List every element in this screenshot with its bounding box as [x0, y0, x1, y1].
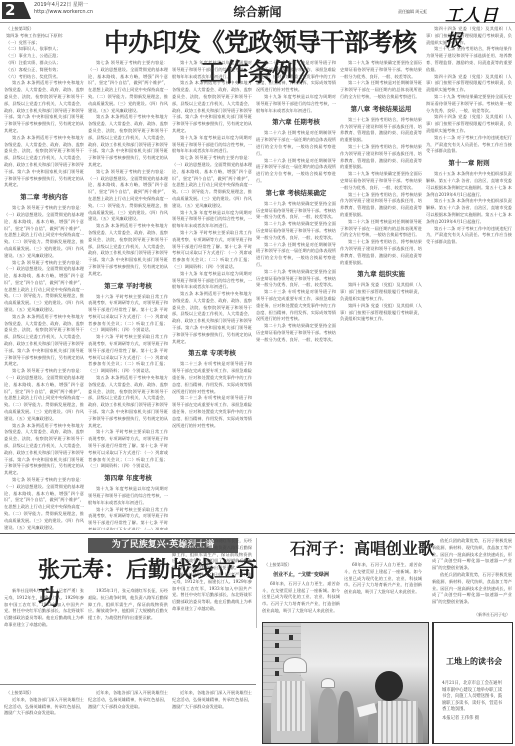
paragraph: 第四十四条 党委（党组）及其组织（人事）部门按照干部管理权限履行考核职责，负责组…	[426, 74, 512, 94]
paragraph: 第十六条 平时考核主要采取日常工作表现考察、专项调研等方式，对领导班子和领导干部…	[88, 334, 168, 375]
lower-column-2: 近年来，各地各部门深入开展英雄烈士纪念活动，弘扬英雄精神，传承红色基因，激励广大…	[88, 690, 168, 744]
helmet-icon	[321, 678, 335, 688]
lead-column-1: （上接第1版） 第四条 考核工作坚持以下原则： （一）党管干部； （二）知事识人…	[4, 26, 84, 531]
feature-column-2: 1935年1月，张元寿随红军长征，历经艰险。抗日战争时期，他负责八路军后勤保障工…	[88, 588, 168, 643]
worker-figure	[338, 691, 354, 743]
paragraph: 第二十六条 任期考核是对任期制领导班子和领导干部在一届任期内的总体表现所进行的全…	[340, 80, 422, 100]
caption-body: 4月21日，北京市总工会在通州城市副中心建设工地举办职工读书会，向施工人员赠送图…	[442, 681, 502, 712]
paragraph: 第四十四条 党委（党组）及其组织（人事）部门按照干部管理权限履行考核职责，负责组…	[340, 282, 422, 302]
shihezi-column-1: （上接第1版） 创业不止，“戈壁”变绿洲 60年来，石河子人自力更生、艰苦奋斗，…	[262, 562, 340, 618]
paragraph: 第三十七条 坚持考用结合，将考核结果作为领导班子建设和领导干部选拔任用、培养教育…	[340, 239, 422, 266]
paragraph: 第二十九条 考核结果确定要坚持全面历史辩证看待领导班子和领导干部。考核结果一般分…	[256, 269, 336, 289]
paragraph: 第二十九条 考核结果确定要坚持全面历史辩证看待领导班子和领导干部。考核结果一般分…	[256, 221, 336, 241]
paragraph: 近年来，各地各部门深入开展英雄烈士纪念活动，弘扬英雄精神，传承红色基因，激励广大…	[88, 690, 168, 710]
paragraph: 第五十二条 对于考核工作中的违规违纪行为，严肃追究有关人员责任。考核工作应当接受…	[426, 135, 512, 155]
paragraph: 第二十九条 考核结果确定要坚持全面历史辩证看待领导班子和领导干部。考核结果一般分…	[256, 201, 336, 221]
lead-column-3: 第十九条 年度考核是以年度为周期对领导班子和领导干部进行的综合性考核，一般每年年…	[172, 60, 252, 530]
lower-divider	[0, 684, 256, 685]
continued-note: （上接第1版）	[4, 690, 84, 697]
paragraph: 第二十六条 任期考核是对任期制领导班子和领导干部在一届任期内的总体表现所进行的全…	[340, 219, 422, 239]
paragraph: 第十九条 年度考核是以年度为周期对领导班子和领导干部进行的综合性考核，一般每年年…	[172, 210, 252, 230]
paragraph: 第五十五条 本条例由中共中央组织部负责解释。第五十六条 各省、自治区、直辖市党委…	[426, 171, 512, 198]
paragraph: 第四十四条 党委（党组）及其组织（人事）部门按照干部管理权限履行考核职责，负责组…	[426, 26, 512, 46]
paragraph: 第二十九条 考核结果确定要坚持全面历史辩证看待领导班子和领导干部。考核结果一般分…	[340, 171, 422, 191]
lead-column-4: 第二十三条 专项考核是对领导班子和领导干部在完成重要专项工作、承担急难险重任务、…	[256, 60, 336, 530]
paragraph: 第十六条 平时考核主要采取日常工作表现考察、专项调研等方式，对领导班子和领导干部…	[172, 230, 252, 271]
paragraph: 第七条 领导班子考核的主要内容是：（一）政治思想建设。全面贯彻党的基本理论、基本…	[88, 169, 168, 223]
principle-line: 第四条 考核工作坚持以下原则：	[4, 33, 84, 40]
paragraph: 第二十三条 专项考核是对领导班子和领导干部在完成重要专项工作、承担急难险重任务、…	[172, 395, 252, 429]
dateline: 2019年4月22日 星期一 http://www.workercn.cn	[34, 2, 93, 16]
paragraph: 第五条 本条例适用于考核中央和地方各级党委、人大常委会、政府、政协、监察委员会、…	[4, 314, 84, 368]
paragraph: 新华社昆明4月21日电（记者严勇）张元寿，1912年生，福建长汀人。1929年参…	[4, 588, 84, 629]
vest	[378, 701, 418, 744]
paragraph: 第七条 领导班子考核的主要内容是：（一）政治思想建设。全面贯彻党的基本理论、基本…	[4, 205, 84, 259]
paragraph: 60年来，石河子人自力更生、艰苦奋斗，在戈壁荒原上建起了一座新城。如今这里已成为…	[344, 562, 422, 596]
paragraph: 第七条 领导班子考核的主要内容是：（一）政治思想建设。全面贯彻党的基本理论、基本…	[88, 60, 168, 114]
paragraph: 第十九条 年度考核是以年度为周期对领导班子和领导干部进行的综合性考核，一般每年年…	[172, 271, 252, 291]
helmet-icon	[283, 657, 307, 673]
paragraph: 第七条 领导班子考核的主要内容是：（一）政治思想建设。全面贯彻党的基本理论、基本…	[4, 260, 84, 314]
paragraph: 第十六条 平时考核主要采取日常工作表现考察、专项调研等方式，对领导班子和领导干部…	[88, 507, 168, 530]
paragraph: 第七条 领导班子考核的主要内容是：（一）政治思想建设。全面贯彻党的基本理论、基本…	[4, 368, 84, 422]
worker-figure	[318, 688, 338, 743]
principle-line: （四）注重实绩、群众公认；	[4, 60, 84, 67]
photo-caption-box: 工地上的读书会 4月21日，北京市总工会在通州城市副中心建设工地举办职工读书会，…	[432, 622, 513, 744]
paragraph: 第五十二条 对于考核工作中的违规违纪行为，严肃追究有关人员责任。考核工作应当接受…	[426, 226, 512, 246]
vest	[277, 681, 305, 731]
section-title: 综合新闻	[200, 3, 315, 20]
paragraph: 第五条 本条例适用于考核中央和地方各级党委、人大常委会、政府、政协、监察委员会、…	[88, 375, 168, 429]
lead-column-2: 第七条 领导班子考核的主要内容是：（一）政治思想建设。全面贯彻党的基本理论、基本…	[88, 60, 168, 530]
paragraph: 第四十四条 党委（党组）及其组织（人事）部门按照干部管理权限履行考核职责，负责组…	[426, 114, 512, 134]
date: 2019年4月22日 星期一	[34, 2, 93, 9]
section-divider	[0, 533, 515, 534]
shihezi-column-2: 60年来，石河子人自力更生、艰苦奋斗，在戈壁荒原上建起了一座新城。如今这里已成为…	[344, 562, 422, 618]
paragraph: 第七条 领导班子考核的主要内容是：（一）政治思想建设。全面贯彻党的基本理论、基本…	[172, 155, 252, 209]
website-link[interactable]: http://www.workercn.cn	[34, 9, 93, 16]
principle-line: （三）事业为上、公道正派；	[4, 53, 84, 60]
paragraph: 第五条 本条例适用于考核中央和地方各级党委、人大常委会、政府、政协、监察委员会、…	[4, 135, 84, 189]
paragraph: 第五条 本条例适用于考核中央和地方各级党委、人大常委会、政府、政协、监察委员会、…	[172, 80, 252, 134]
paragraph: 第十九条 年度考核是以年度为周期对领导班子和领导干部进行的综合性考核，一般每年年…	[172, 135, 252, 155]
lower-column-3: 近年来，各地各部门深入开展英雄烈士纪念活动，弘扬英雄精神，传承红色基因，激励广大…	[172, 690, 252, 744]
principle-line: （五）客观公正、简便有效；	[4, 67, 84, 74]
paragraph: 第二十六条 任期考核是对任期制领导班子和领导干部在一届任期内的总体表现所进行的全…	[256, 242, 336, 269]
editor-credit: 责任编辑 周元虹	[398, 9, 427, 15]
paragraph: 第五十五条 本条例由中共中央组织部负责解释。第五十六条 各省、自治区、直辖市党委…	[426, 198, 512, 225]
paragraph: 第三十七条 坚持考用结合，将考核结果作为领导班子建设和领导干部选拔任用、培养教育…	[340, 117, 422, 144]
chapter-heading: 第三章 平时考核	[88, 280, 168, 292]
paragraph: 第二十六条 任期考核是对任期制领导班子和领导干部在一届任期内的总体表现所进行的全…	[256, 158, 336, 185]
paragraph: 第四十四条 党委（党组）及其组织（人事）部门按照干部管理权限履行考核职责，负责组…	[340, 303, 422, 323]
chapter-heading: 第六章 任期考核	[256, 116, 336, 128]
shihezi-headline: 石河子：高唱创业歌	[290, 538, 434, 560]
paragraph: 依托兵团的政策优势，石河子积极发展新能源、新材料、现代纺织、食品加工等产业。园区…	[432, 572, 512, 606]
paragraph: 近年来，各地各部门深入开展英雄烈士纪念活动，弘扬英雄精神，传承红色基因，激励广大…	[172, 690, 252, 710]
continued-note: （上接第1版）	[262, 562, 340, 569]
paragraph: 1935年1月，张元寿随红军长征，历经艰险。抗日战争时期，他负责八路军后勤保障工…	[88, 588, 168, 622]
paragraph: 第三十七条 坚持考用结合，将考核结果作为领导班子建设和领导干部选拔任用、培养教育…	[426, 46, 512, 73]
paragraph: 第十九条 年度考核是以年度为周期对领导班子和领导干部进行的综合性考核，一般每年年…	[172, 60, 252, 80]
head	[375, 671, 403, 701]
paragraph: 第十九条 年度考核是以年度为周期对领导班子和领导干部进行的综合性考核，一般每年年…	[88, 486, 168, 506]
paragraph: 第五条 本条例适用于考核中央和地方各级党委、人大常委会、政府、政协、监察委员会、…	[88, 223, 168, 277]
paragraph: 第三十七条 坚持考用结合，将考核结果作为领导班子建设和领导干部选拔任用、培养教育…	[340, 192, 422, 219]
paragraph: 第二十六条 任期考核是对任期制领导班子和领导干部在一届任期内的总体表现所进行的全…	[256, 130, 336, 157]
feature-column-1: 新华社昆明4月21日电（记者严勇）张元寿，1912年生，福建长汀人。1929年参…	[4, 588, 84, 643]
paragraph: 第十六条 平时考核主要采取日常工作表现考察、专项调研等方式，对领导班子和领导干部…	[88, 294, 168, 335]
chapter-heading: 第八章 考核结果运用	[340, 103, 422, 115]
paragraph: 第二十九条 考核结果确定要坚持全面历史辩证看待领导班子和领导干部。考核结果一般分…	[426, 94, 512, 114]
caption-text: 4月21日，北京市总工会在通州城市副中心建设工地举办职工读书会，向施工人员赠送图…	[442, 681, 505, 722]
paragraph: 第十六条 平时考核主要采取日常工作表现考察、专项调研等方式，对领导班子和领导干部…	[88, 429, 168, 470]
chapter-heading: 第五章 专项考核	[172, 347, 252, 359]
paragraph: 近年来，各地各部门深入开展英雄烈士纪念活动，弘扬英雄精神，传承红色基因，激励广大…	[4, 697, 84, 717]
paragraph: 第十九条 年度考核是以年度为周期对领导班子和领导干部进行的综合性考核，一般每年年…	[256, 94, 336, 114]
subheading: 创业不止，“戈壁”变绿洲	[262, 571, 340, 579]
caption-title: 工地上的读书会	[440, 656, 508, 668]
lower-column-1: （上接第1版） 近年来，各地各部门深入开展英雄烈士纪念活动，弘扬英雄精神，传承红…	[4, 690, 84, 744]
paragraph: 第二十三条 专项考核是对领导班子和领导干部在完成重要专项工作、承担急难险重任务、…	[172, 361, 252, 395]
chapter-heading: 第四章 年度考核	[88, 472, 168, 484]
shihezi-credit: （新华社石河子电）	[440, 612, 510, 618]
lead-column-6: 第四十四条 党委（党组）及其组织（人事）部门按照干部管理权限履行考核职责，负责组…	[426, 26, 512, 531]
chapter-heading: 第十一章 附则	[426, 157, 512, 169]
lead-column-5: 第二十九条 考核结果确定要坚持全面历史辩证看待领导班子和领导干部。考核结果一般分…	[340, 60, 422, 530]
paragraph: 第二十三条 专项考核是对领导班子和领导干部在完成重要专项工作、承担急难险重任务、…	[256, 60, 336, 94]
paragraph: 第二十九条 考核结果确定要坚持全面历史辩证看待领导班子和领导干部。考核结果一般分…	[256, 323, 336, 343]
paragraph: 1935年1月，张元寿随红军长征，历经艰险。抗日战争时期，他负责八路军后勤保障工…	[172, 538, 252, 572]
paragraph: 60年来，石河子人自力更生、艰苦奋斗，在戈壁荒原上建起了一座新城。如今这里已成为…	[262, 581, 340, 615]
feature-column-3: 1935年1月，张元寿随红军长征，历经艰险。抗日战争时期，他负责八路军后勤保障工…	[172, 538, 252, 643]
paragraph: 第七条 领导班子考核的主要内容是：（一）政治思想建设。全面贯彻党的基本理论、基本…	[4, 477, 84, 531]
paragraph: 第五条 本条例适用于考核中央和地方各级党委、人大常委会、政府、政协、监察委员会、…	[4, 80, 84, 134]
chapter-heading: 第二章 考核内容	[4, 191, 84, 203]
photo-credit: 本报记者 王伟伟 摄	[442, 716, 505, 723]
paragraph: 第二十九条 考核结果确定要坚持全面历史辩证看待领导班子和领导干部。考核结果一般分…	[340, 60, 422, 80]
chapter-heading: 第九章 组织实施	[340, 268, 422, 280]
news-photo-workers	[262, 622, 429, 744]
paragraph: 第二十三条 专项考核是对领导班子和领导干部在完成重要专项工作、承担急难险重任务、…	[256, 289, 336, 323]
paragraph: 第五条 本条例适用于考核中央和地方各级党委、人大常委会、政府、政协、监察委员会、…	[172, 291, 252, 345]
continued-note: （上接第1版）	[4, 26, 84, 33]
paragraph: 第五条 本条例适用于考核中央和地方各级党委、人大常委会、政府、政协、监察委员会、…	[88, 114, 168, 168]
paragraph: 依托兵团的政策优势，石河子积极发展新能源、新材料、现代纺织、食品加工等产业。园区…	[432, 538, 512, 572]
chapter-heading: 第七章 考核结果确定	[256, 187, 336, 199]
paragraph: 第五条 本条例适用于考核中央和地方各级党委、人大常委会、政府、政协、监察委员会、…	[4, 423, 84, 477]
paragraph: 新华社昆明4月21日电（记者严勇）张元寿，1912年生，福建长汀人。1929年参…	[172, 572, 252, 613]
shihezi-column-3: 依托兵团的政策优势，石河子积极发展新能源、新材料、现代纺织、食品加工等产业。园区…	[432, 538, 512, 610]
paragraph: 第三十七条 坚持考用结合，将考核结果作为领导班子建设和领导干部选拔任用、培养教育…	[340, 144, 422, 171]
